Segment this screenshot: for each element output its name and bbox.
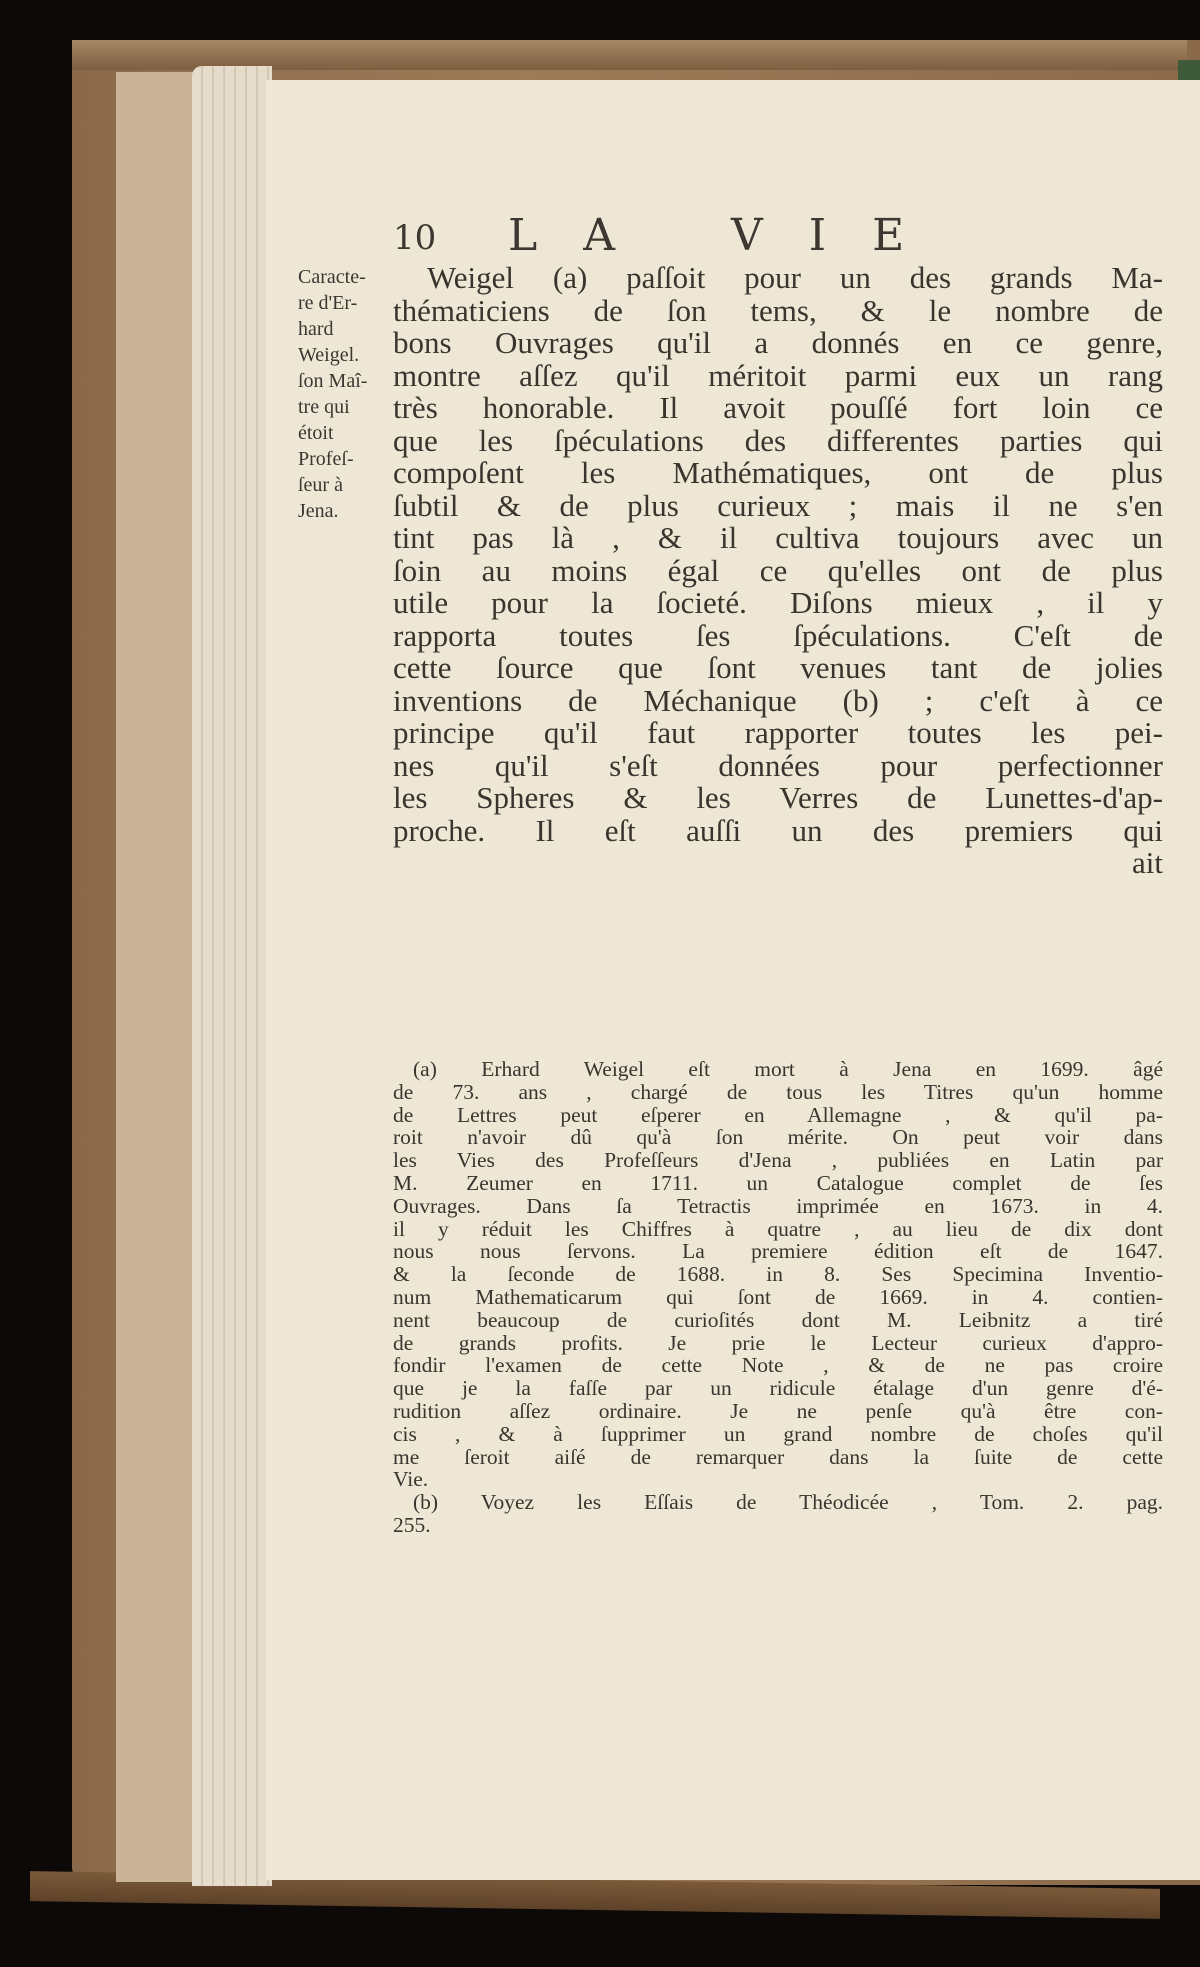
text-line: cette ſource que ſont venues tant de jol… — [393, 652, 1163, 685]
margin-line: ſon Maî- — [298, 368, 388, 394]
footnote-line: de 73. ans , chargé de tous les Titres q… — [393, 1081, 1163, 1104]
catchword: ait — [393, 847, 1163, 880]
margin-line: étoit — [298, 420, 388, 446]
footnote-line: nent beaucoup de curioſités dont M. Leib… — [393, 1309, 1163, 1332]
text-line: les Spheres & les Verres de Lunettes-d'a… — [393, 782, 1163, 815]
text-line: tint pas là , & il cultiva toujours avec… — [393, 522, 1163, 555]
margin-line: Profeſ- — [298, 446, 388, 472]
text-line: très honorable. Il avoit pouſſé fort loi… — [393, 392, 1163, 425]
footnote-line: de grands profits. Je prie le Lecteur cu… — [393, 1332, 1163, 1355]
margin-line: re d'Er- — [298, 290, 388, 316]
margin-line: hard — [298, 316, 388, 342]
footnote-line: (b) Voyez les Eſſais de Théodicée , Tom.… — [393, 1491, 1163, 1514]
footnote-line: cis , & à ſupprimer un grand nombre de c… — [393, 1423, 1163, 1446]
footnote-line: Ouvrages. Dans ſa Tetractis imprimée en … — [393, 1195, 1163, 1218]
footnote-line: rudition aſſez ordinaire. Je ne penſe qu… — [393, 1400, 1163, 1423]
text-line: compoſent les Mathématiques, ont de plus — [393, 457, 1163, 490]
title-letter: I — [809, 210, 832, 261]
footnote-line: me ſeroit aiſé de remarquer dans la ſuit… — [393, 1446, 1163, 1469]
text-line: ſoin au moins égal ce qu'elles ont de pl… — [393, 555, 1163, 588]
footnote-line: roit n'avoir dû qu'à ſon mérite. On peut… — [393, 1126, 1163, 1149]
text-line: nes qu'il s'eſt données pour perfectionn… — [393, 750, 1163, 783]
footnotes: (a) Erhard Weigel eſt mort à Jena en 169… — [393, 1058, 1163, 1537]
text-line: ſubtil & de plus curieux ; mais il ne s'… — [393, 490, 1163, 523]
margin-line: Weigel. — [298, 342, 388, 368]
margin-line: Jena. — [298, 498, 388, 524]
footnote-line: il y réduit les Chiffres à quatre , au l… — [393, 1218, 1163, 1241]
title-letter: V — [731, 210, 769, 261]
title-letter: L — [508, 210, 543, 261]
footnote-line: (a) Erhard Weigel eſt mort à Jena en 169… — [393, 1058, 1163, 1081]
footnote-line: les Vies des Profeſſeurs d'Jena , publié… — [393, 1149, 1163, 1172]
footnote-line: nous nous ſervons. La premiere édition e… — [393, 1240, 1163, 1263]
text-line: utile pour la ſocieté. Diſons mieux , il… — [393, 587, 1163, 620]
margin-line: Caracte- — [298, 264, 388, 290]
text-line: rapporta toutes ſes ſpéculations. C'eſt … — [393, 620, 1163, 653]
footnote-line: & la ſeconde de 1688. in 8. Ses Specimin… — [393, 1263, 1163, 1286]
footnote-line: que je la faſſe par un ridicule étalage … — [393, 1377, 1163, 1400]
footnote-line: M. Zeumer en 1711. un Catalogue complet … — [393, 1172, 1163, 1195]
footnote-line: 255. — [393, 1514, 1163, 1537]
text-line: principe qu'il faut rapporter toutes les… — [393, 717, 1163, 750]
text-line: thématiciens de ſon tems, & le nombre de — [393, 295, 1163, 328]
footnote-line: fondir l'examen de cette Note , & de ne … — [393, 1354, 1163, 1377]
margin-line: ſeur à — [298, 472, 388, 498]
margin-line: tre qui — [298, 394, 388, 420]
text-line: proche. Il eſt auſſi un des premiers qui — [393, 815, 1163, 848]
margin-note: Caracte- re d'Er- hard Weigel. ſon Maî- … — [298, 264, 388, 524]
title-letter: E — [872, 210, 910, 261]
text-line: que les ſpéculations des differentes par… — [393, 425, 1163, 458]
footnote-line: de Lettres peut eſperer en Allemagne , &… — [393, 1104, 1163, 1127]
body-text: Weigel (a) paſſoit pour un des grands Ma… — [393, 262, 1163, 880]
text-line: Weigel (a) paſſoit pour un des grands Ma… — [393, 262, 1163, 295]
title-letter: A — [583, 210, 621, 261]
page-number: 10 — [393, 218, 436, 258]
running-title: L A V I E — [508, 210, 910, 261]
page-edges — [192, 66, 272, 1886]
text-line: bons Ouvrages qu'il a donnés en ce genre… — [393, 327, 1163, 360]
text-line: montre aſſez qu'il méritoit parmi eux un… — [393, 360, 1163, 393]
running-head: 10 L A V I E — [393, 210, 1173, 260]
footnote-line: Vie. — [393, 1468, 1163, 1491]
text-line: inventions de Méchanique (b) ; c'eſt à c… — [393, 685, 1163, 718]
footnote-line: num Mathematicarum qui ſont de 1669. in … — [393, 1286, 1163, 1309]
